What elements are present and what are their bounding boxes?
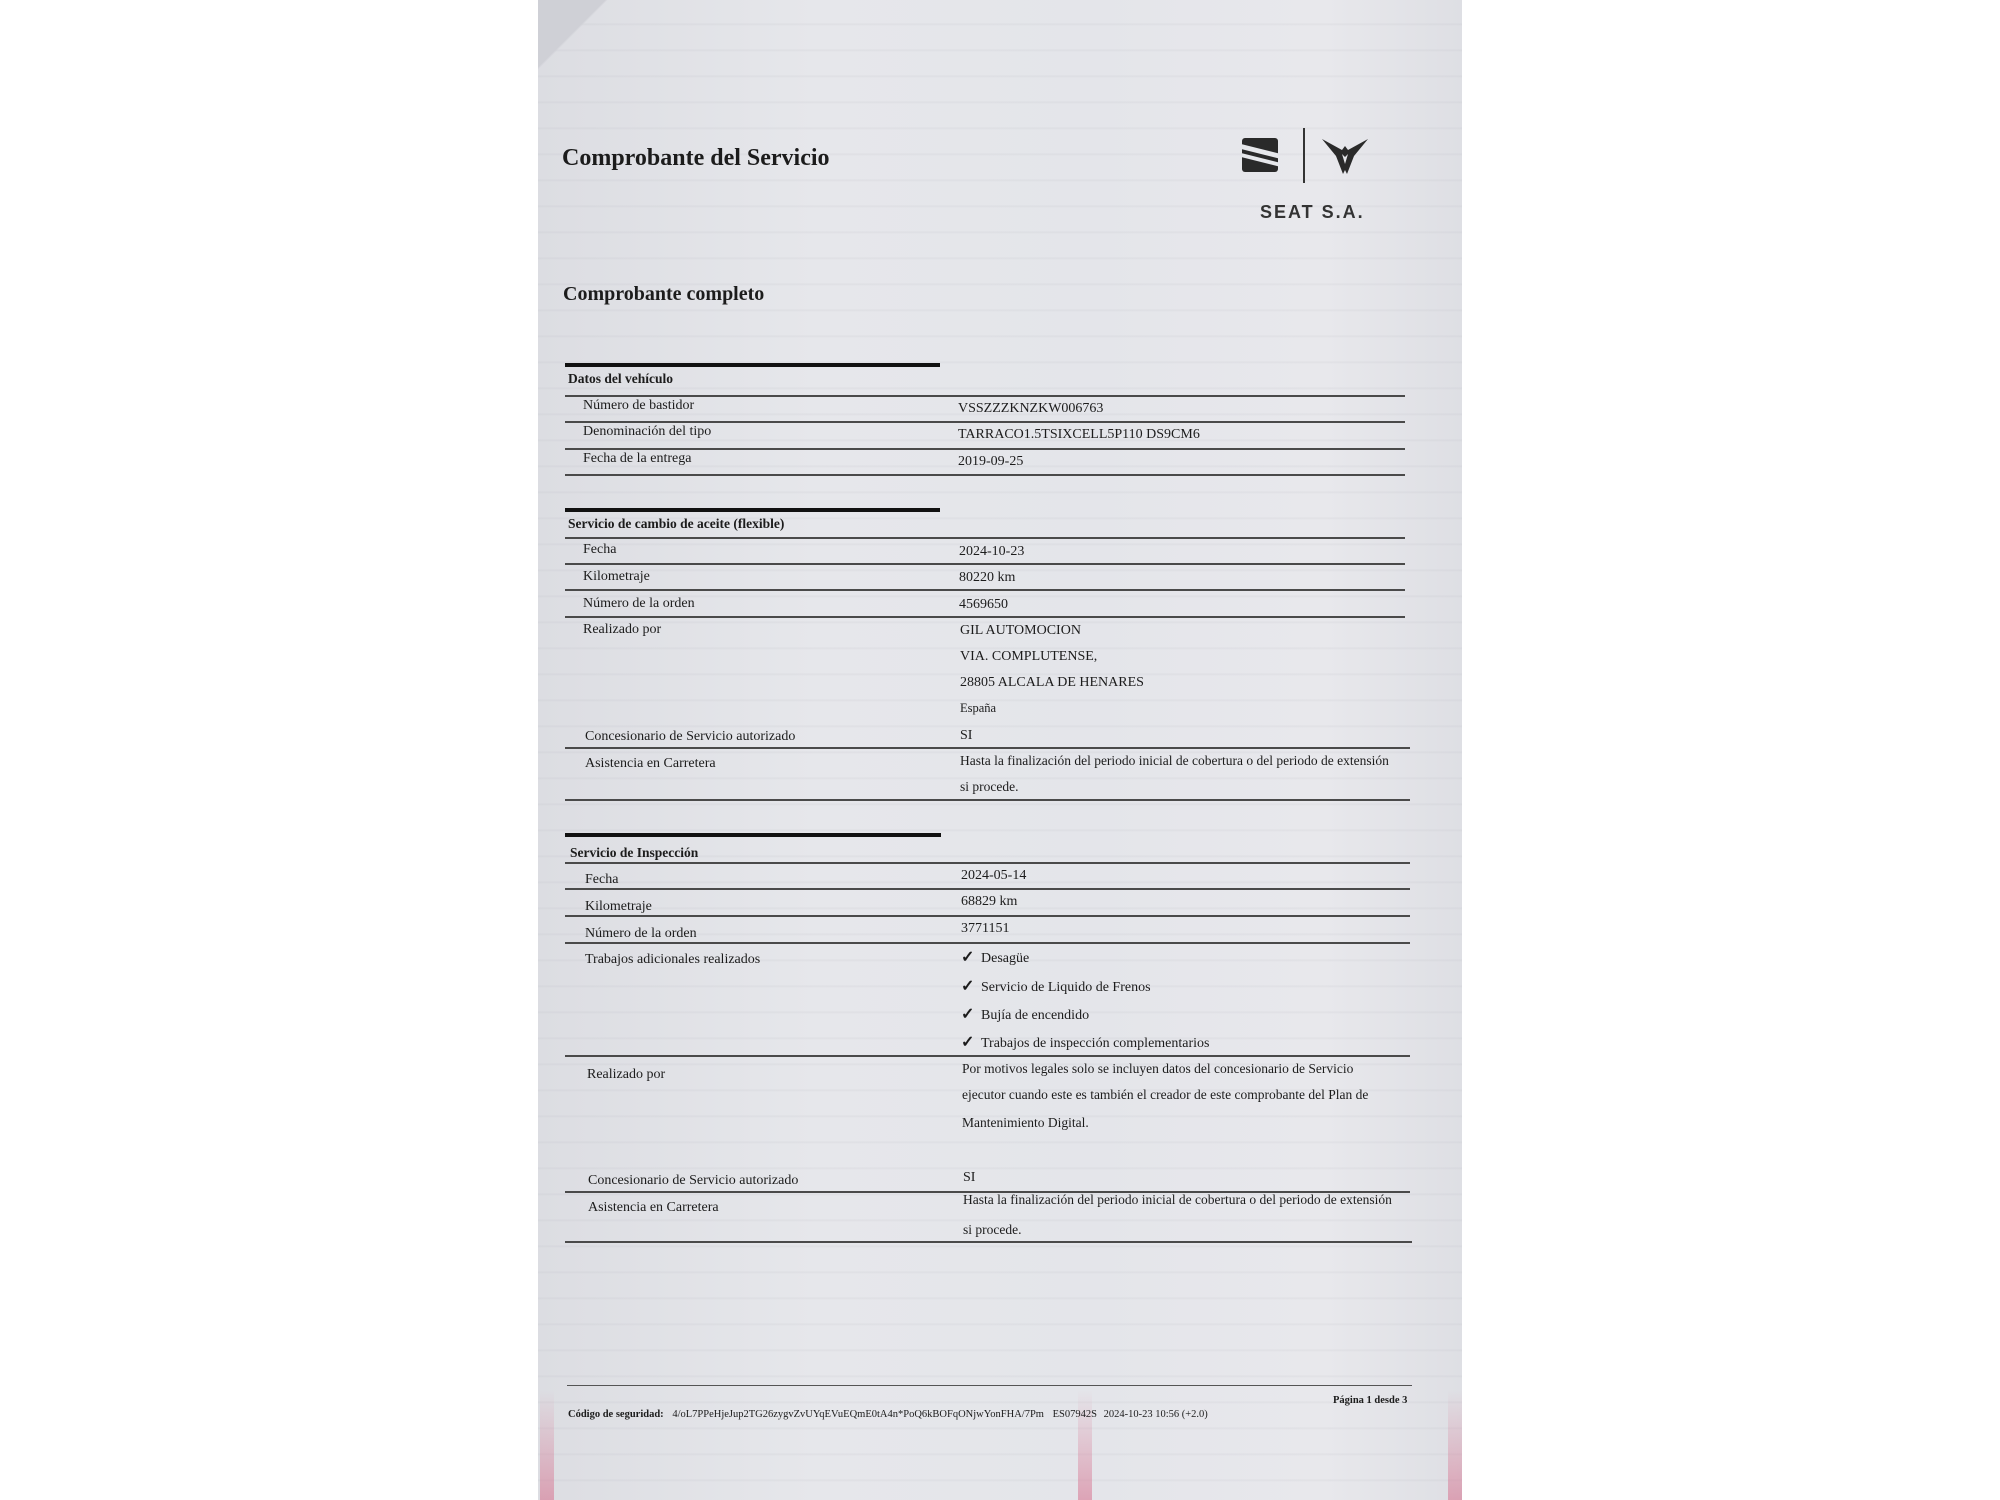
print-artifact bbox=[1448, 1390, 1462, 1500]
row-rule bbox=[565, 888, 1410, 890]
inspection-date-value: 2024-05-14 bbox=[961, 868, 1026, 884]
roadside-value: Hasta la finalización del periodo inicia… bbox=[960, 753, 1389, 769]
field-label: Fecha de la entrega bbox=[583, 451, 691, 467]
seat-logo-icon bbox=[1242, 138, 1278, 172]
field-label: Trabajos adicionales realizados bbox=[585, 952, 760, 968]
field-label: Realizado por bbox=[583, 622, 661, 638]
row-rule bbox=[565, 421, 1405, 423]
extra-work-item: ✓Servicio de Liquido de Frenos bbox=[961, 976, 1151, 996]
dealer-address: VIA. COMPLUTENSE, bbox=[960, 649, 1097, 665]
page-indicator: Página 1 desde 3 bbox=[1333, 1395, 1407, 1406]
print-artifact bbox=[1078, 1390, 1092, 1500]
document-page bbox=[538, 0, 1462, 1500]
row-rule bbox=[565, 474, 1405, 476]
row-rule bbox=[565, 862, 1410, 864]
vin-value: VSSZZZKNZKW006763 bbox=[958, 401, 1103, 417]
checkmark-icon: ✓ bbox=[961, 976, 981, 996]
extra-work-label: Trabajos de inspección complementarios bbox=[981, 1036, 1209, 1051]
field-label: Fecha bbox=[583, 542, 616, 558]
security-code-line: Código de seguridad: 4/oL7PPeHjeJup2TG26… bbox=[568, 1409, 1208, 1420]
inspection-order-value: 3771151 bbox=[961, 921, 1009, 937]
extra-work-item: ✓Desagüe bbox=[961, 947, 1029, 967]
type-value: TARRACO1.5TSIXCELL5P110 DS9CM6 bbox=[958, 427, 1200, 443]
extra-work-label: Desagüe bbox=[981, 951, 1029, 966]
oil-mileage-value: 80220 km bbox=[959, 570, 1015, 586]
security-label: Código de seguridad: bbox=[568, 1409, 664, 1420]
row-rule bbox=[565, 1241, 1412, 1243]
row-rule bbox=[565, 747, 1410, 749]
checkmark-icon: ✓ bbox=[961, 1032, 981, 1052]
section-divider bbox=[565, 508, 940, 512]
oil-order-value: 4569650 bbox=[959, 597, 1008, 613]
row-rule bbox=[565, 616, 1405, 618]
row-rule bbox=[565, 448, 1405, 450]
dealer-country: España bbox=[960, 701, 996, 716]
footer-rule bbox=[567, 1385, 1412, 1386]
row-rule bbox=[565, 942, 1410, 944]
row-rule bbox=[565, 915, 1410, 917]
field-label: Denominación del tipo bbox=[583, 424, 711, 440]
field-label: Asistencia en Carretera bbox=[585, 756, 716, 772]
field-label: Asistencia en Carretera bbox=[588, 1200, 719, 1216]
document-title: Comprobante del Servicio bbox=[562, 145, 830, 172]
section-title-inspection: Servicio de Inspección bbox=[570, 845, 698, 861]
checkmark-icon: ✓ bbox=[961, 947, 981, 967]
section-title-oil-service: Servicio de cambio de aceite (flexible) bbox=[568, 516, 784, 532]
extra-work-label: Bujía de encendido bbox=[981, 1008, 1089, 1023]
folded-corner bbox=[538, 0, 608, 70]
row-rule bbox=[565, 589, 1405, 591]
checkmark-icon: ✓ bbox=[961, 1004, 981, 1024]
extra-work-item: ✓Bujía de encendido bbox=[961, 1004, 1089, 1024]
field-label: Fecha bbox=[585, 872, 618, 888]
delivery-date-value: 2019-09-25 bbox=[958, 454, 1023, 470]
brand-name: SEAT S.A. bbox=[1260, 202, 1365, 223]
document-code: ES07942S bbox=[1053, 1409, 1097, 1420]
document-subtitle: Comprobante completo bbox=[563, 283, 764, 306]
security-code: 4/oL7PPeHjeJup2TG26zygvZvUYqEVuEQmE0tA4n… bbox=[672, 1409, 1044, 1420]
field-label: Kilometraje bbox=[583, 569, 650, 585]
field-label: Número de la orden bbox=[585, 926, 697, 942]
inspection-mileage-value: 68829 km bbox=[961, 894, 1017, 910]
performed-by-note-cont: ejecutor cuando este es también el cread… bbox=[962, 1087, 1368, 1103]
row-rule bbox=[565, 799, 1410, 801]
section-divider bbox=[565, 833, 941, 837]
roadside-value-cont: si procede. bbox=[963, 1222, 1021, 1238]
field-label: Número de la orden bbox=[583, 596, 695, 612]
brand-logos bbox=[1240, 128, 1380, 188]
row-rule bbox=[565, 395, 1405, 397]
cupra-logo-icon bbox=[1320, 136, 1370, 176]
field-label: Número de bastidor bbox=[583, 398, 694, 414]
row-rule bbox=[565, 563, 1405, 565]
row-rule bbox=[565, 537, 1405, 539]
extra-work-item: ✓Trabajos de inspección complementarios bbox=[961, 1032, 1209, 1052]
performed-by-note: Por motivos legales solo se incluyen dat… bbox=[962, 1061, 1353, 1077]
section-divider bbox=[565, 363, 940, 367]
print-timestamp: 2024-10-23 10:56 (+2.0) bbox=[1104, 1409, 1208, 1420]
authorized-dealer-value: SI bbox=[960, 728, 972, 744]
field-label: Concesionario de Servicio autorizado bbox=[585, 729, 795, 745]
dealer-city: 28805 ALCALA DE HENARES bbox=[960, 675, 1144, 691]
section-title-vehicle: Datos del vehículo bbox=[568, 371, 673, 387]
authorized-dealer-value: SI bbox=[963, 1170, 975, 1186]
field-label: Realizado por bbox=[587, 1067, 665, 1083]
performed-by-note-cont: Mantenimiento Digital. bbox=[962, 1115, 1089, 1131]
dealer-name: GIL AUTOMOCION bbox=[960, 623, 1081, 639]
print-artifact bbox=[540, 1390, 554, 1500]
field-label: Concesionario de Servicio autorizado bbox=[588, 1173, 798, 1189]
oil-date-value: 2024-10-23 bbox=[959, 544, 1024, 560]
extra-work-label: Servicio de Liquido de Frenos bbox=[981, 980, 1151, 995]
roadside-value: Hasta la finalización del periodo inicia… bbox=[963, 1192, 1392, 1208]
field-label: Kilometraje bbox=[585, 899, 652, 915]
row-rule bbox=[565, 1055, 1410, 1057]
logo-divider bbox=[1303, 128, 1305, 183]
roadside-value-cont: si procede. bbox=[960, 779, 1018, 795]
